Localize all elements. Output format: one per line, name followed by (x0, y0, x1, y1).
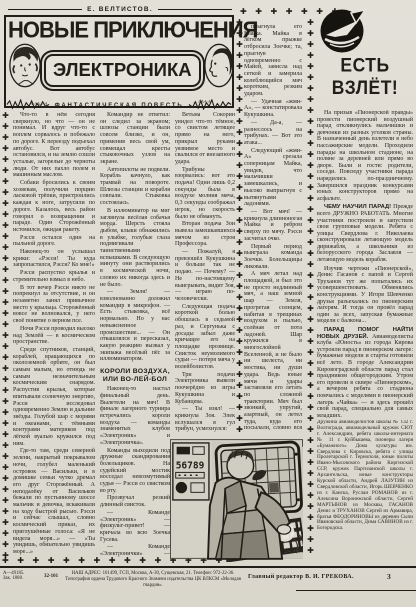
editor-credit: Главный редактор В. И. ГРЕКОВА. (248, 574, 354, 580)
console-digits: 56789 (176, 461, 205, 472)
index-number: 32-101 (44, 574, 58, 579)
story-title-line1: НОВЫЕ ПРИКЛЮЧЕНИЯ (8, 17, 230, 42)
girl-face-illustration (8, 42, 42, 94)
winners-list: Дружина авиамоделистов школы № 132 г. Во… (317, 420, 413, 554)
article-paragraph: ЧЕМУ НАУЧИЛ ПАРАД! Прежде всего ДРУЖНО Р… (317, 204, 413, 263)
console-illustration: 56789 (170, 436, 303, 567)
print-order-info: А—49185. Зак. 1808. (3, 571, 39, 582)
article-paragraph: На призыв «Пионерской правды» провести п… (317, 110, 413, 202)
article-headline: ЕСТЬ ВЗЛЁТ! (316, 54, 414, 99)
editorial-address: НАШ АДРЕС: 101499, ГСП, Москва, А-30, Су… (64, 571, 242, 588)
story-subtitle: ФАНТАСТИЧЕСКАЯ ПОВЕСТЬ (55, 103, 184, 109)
author-line: Е. ВЕЛТИСТОВ. (8, 6, 232, 13)
author-name: Е. ВЕЛТИСТОВ. (87, 6, 153, 13)
story-masthead: НОВЫЕ ПРИКЛЮЧЕНИЯ ЭЛЕКТРОНИКА (4, 15, 234, 108)
story-column-4: прыгнула его Майка. Майка в лёгком прыжк… (244, 24, 302, 432)
plus-border-divider: ✚ ✚ ✚ ✚ ✚ ✚ ✚ ✚ ✚ ✚ ✚ ✚ ✚ ✚ ✚ ✚ ✚ ✚ ✚ ✚ … (305, 17, 316, 557)
article-body: На призыв «Пионерской правды» провести п… (317, 110, 413, 418)
article-paragraph: Изучив чертежи «Пионерской», Денис Гасан… (317, 266, 413, 325)
story-column-3: Ветьма Сокорин увидел что-то тёмное, со … (175, 112, 235, 434)
newspaper-page: Е. ВЕЛТИСТОВ. НОВЫЕ ПРИКЛЮЧЕНИЯ ЭЛЕКТРОН… (0, 0, 416, 607)
plus-border-left: ✚ ✚ ✚ ✚ ✚ ✚ ✚ ✚ ✚ ✚ ✚ ✚ ✚ ✚ ✚ ✚ ✚ ✚ ✚ ✚ … (0, 110, 11, 560)
article-lead: ЧЕМУ НАУЧИЛ ПАРАД! (324, 204, 391, 210)
paper-plane-logo (318, 8, 366, 59)
footer-rule-bottom (296, 590, 416, 591)
page-number: 3 (387, 572, 391, 581)
chapter-heading: КОРОЛИ ВОЗДУХА, ИЛИ ВО-ЛЕЙ-БОЛ (100, 368, 170, 383)
plus-border-col4-top: ✚ ✚ ✚ ✚ ✚ ✚ ✚ (240, 7, 306, 17)
rule-left (8, 9, 82, 11)
speech-scribble-left: А-АА...-А (30, 101, 47, 106)
story-title-line2: ЭЛЕКТРОНИКА (44, 54, 201, 87)
speech-scribble-right: — ААА-АА (193, 99, 213, 104)
rule-right (158, 9, 232, 11)
headline-line1: ЕСТЬ (316, 54, 414, 76)
article-paragraph: ПАРАД ПОМОГ НАЙТИ НОВЫХ ДРУЗЕЙ. Авиамоде… (317, 327, 413, 418)
boy-face-illustration (203, 42, 235, 94)
story-column-1: Что-то в нём сегодня сверкнуло, но что —… (13, 112, 95, 558)
story-column-2: Командир не ответил: он следил за экрано… (100, 112, 170, 558)
footer-rule (0, 566, 416, 568)
headline-line2: ВЗЛЁТ! (316, 76, 414, 98)
